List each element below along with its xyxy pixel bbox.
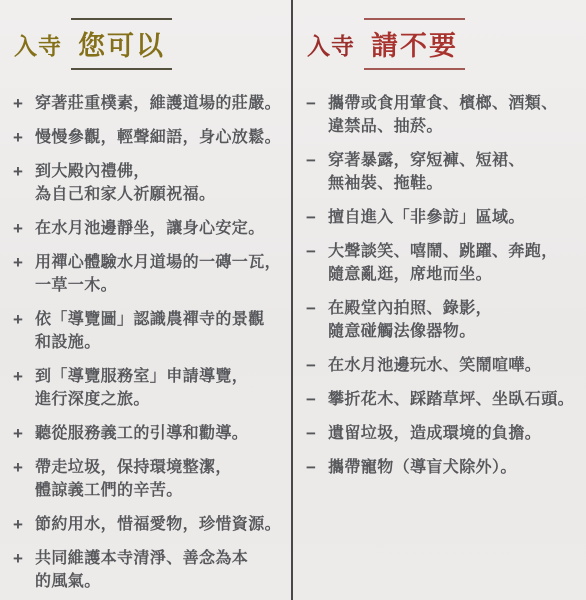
plus-icon: + (13, 251, 35, 297)
you-can-list: + 穿著莊重樸素，維護道場的莊嚴。 + 慢慢參觀，輕聲細語，身心放鬆。 + 到大… (13, 92, 285, 593)
minus-icon: − (306, 422, 328, 445)
list-item-text: 擅自進入「非參訪」區域。 (328, 206, 525, 229)
list-item-text: 聽從服務義工的引導和勸導。 (35, 422, 248, 445)
list-item-text: 遺留垃圾，造成環境的負擔。 (328, 422, 541, 445)
list-item-text: 大聲談笑、嘻鬧、跳躍、奔跑， 隨意亂逛，席地而坐。 (328, 240, 558, 286)
list-item: + 在水月池邊靜坐，讓身心安定。 (13, 217, 285, 240)
list-item-text: 到大殿內禮佛， 為自己和家人祈願祝福。 (35, 160, 215, 206)
list-item: + 帶走垃圾，保持環境整潔， 體諒義工們的辛苦。 (13, 456, 285, 502)
list-item: + 聽從服務義工的引導和勸導。 (13, 422, 285, 445)
list-item: − 攀折花木、踩踏草坪、坐臥石頭。 (306, 388, 578, 411)
column-divider (291, 0, 293, 600)
list-item-text: 依「導覽圖」認識農禪寺的景觀 和設施。 (35, 308, 265, 354)
list-item: − 穿著暴露，穿短褲、短裙、 無袖裝、拖鞋。 (306, 149, 578, 195)
plus-icon: + (13, 456, 35, 502)
column-title-prefix: 入寺 (307, 28, 355, 61)
please-dont-column: 入寺 請不要 − 攜帶或食用葷食、檳榔、酒類、 違禁品、抽菸。 − 穿著暴露，穿… (291, 0, 584, 600)
plus-icon: + (13, 92, 35, 115)
minus-icon: − (306, 149, 328, 195)
list-item: + 到大殿內禮佛， 為自己和家人祈願祝福。 (13, 160, 285, 206)
list-item: + 慢慢參觀，輕聲細語，身心放鬆。 (13, 126, 285, 149)
list-item: + 用禪心體驗水月道場的一磚一瓦， 一草一木。 (13, 251, 285, 297)
plus-icon: + (13, 547, 35, 593)
minus-icon: − (306, 240, 328, 286)
please-dont-list: − 攜帶或食用葷食、檳榔、酒類、 違禁品、抽菸。 − 穿著暴露，穿短褲、短裙、 … (306, 92, 578, 479)
plus-icon: + (13, 126, 35, 149)
plus-icon: + (13, 365, 35, 411)
column-title: 您可以 (71, 18, 172, 70)
list-item: − 大聲談笑、嘻鬧、跳躍、奔跑， 隨意亂逛，席地而坐。 (306, 240, 578, 286)
minus-icon: − (306, 456, 328, 479)
list-item: + 共同維護本寺清淨、善念為本 的風氣。 (13, 547, 285, 593)
list-item: − 攜帶或食用葷食、檳榔、酒類、 違禁品、抽菸。 (306, 92, 578, 138)
list-item-text: 攀折花木、踩踏草坪、坐臥石頭。 (328, 388, 574, 411)
list-item-text: 穿著暴露，穿短褲、短裙、 無袖裝、拖鞋。 (328, 149, 525, 195)
temple-etiquette-poster: 入寺 您可以 + 穿著莊重樸素，維護道場的莊嚴。 + 慢慢參觀，輕聲細語，身心放… (0, 0, 586, 600)
plus-icon: + (13, 160, 35, 206)
list-item-text: 在水月池邊靜坐，讓身心安定。 (35, 217, 265, 240)
list-item: + 依「導覽圖」認識農禪寺的景觀 和設施。 (13, 308, 285, 354)
plus-icon: + (13, 422, 35, 445)
list-item: − 在水月池邊玩水、笑鬧喧嘩。 (306, 354, 578, 377)
list-item: + 穿著莊重樸素，維護道場的莊嚴。 (13, 92, 285, 115)
list-item-text: 節約用水，惜福愛物，珍惜資源。 (35, 513, 281, 536)
list-item: − 擅自進入「非參訪」區域。 (306, 206, 578, 229)
list-item-text: 用禪心體驗水月道場的一磚一瓦， 一草一木。 (35, 251, 281, 297)
list-item-text: 到「導覽服務室」申請導覽， 進行深度之旅。 (35, 365, 248, 411)
plus-icon: + (13, 308, 35, 354)
you-can-column: 入寺 您可以 + 穿著莊重樸素，維護道場的莊嚴。 + 慢慢參觀，輕聲細語，身心放… (0, 0, 291, 600)
minus-icon: − (306, 92, 328, 138)
you-can-header: 入寺 您可以 (14, 18, 285, 70)
column-title-prefix: 入寺 (14, 28, 62, 61)
plus-icon: + (13, 513, 35, 536)
plus-icon: + (13, 217, 35, 240)
list-item-text: 帶走垃圾，保持環境整潔， 體諒義工們的辛苦。 (35, 456, 232, 502)
list-item: − 攜帶寵物（導盲犬除外）。 (306, 456, 578, 479)
minus-icon: − (306, 206, 328, 229)
list-item-text: 慢慢參觀，輕聲細語，身心放鬆。 (35, 126, 281, 149)
list-item-text: 在殿堂內拍照、錄影， 隨意碰觸法像器物。 (328, 297, 492, 343)
column-title: 請不要 (364, 18, 465, 70)
minus-icon: − (306, 297, 328, 343)
please-dont-header: 入寺 請不要 (307, 18, 578, 70)
list-item-text: 攜帶寵物（導盲犬除外）。 (328, 456, 517, 479)
list-item: + 節約用水，惜福愛物，珍惜資源。 (13, 513, 285, 536)
list-item-text: 共同維護本寺清淨、善念為本 的風氣。 (35, 547, 248, 593)
list-item-text: 攜帶或食用葷食、檳榔、酒類、 違禁品、抽菸。 (328, 92, 558, 138)
list-item-text: 在水月池邊玩水、笑鬧喧嘩。 (328, 354, 541, 377)
minus-icon: − (306, 354, 328, 377)
list-item-text: 穿著莊重樸素，維護道場的莊嚴。 (35, 92, 281, 115)
list-item: − 遺留垃圾，造成環境的負擔。 (306, 422, 578, 445)
minus-icon: − (306, 388, 328, 411)
list-item: − 在殿堂內拍照、錄影， 隨意碰觸法像器物。 (306, 297, 578, 343)
list-item: + 到「導覽服務室」申請導覽， 進行深度之旅。 (13, 365, 285, 411)
